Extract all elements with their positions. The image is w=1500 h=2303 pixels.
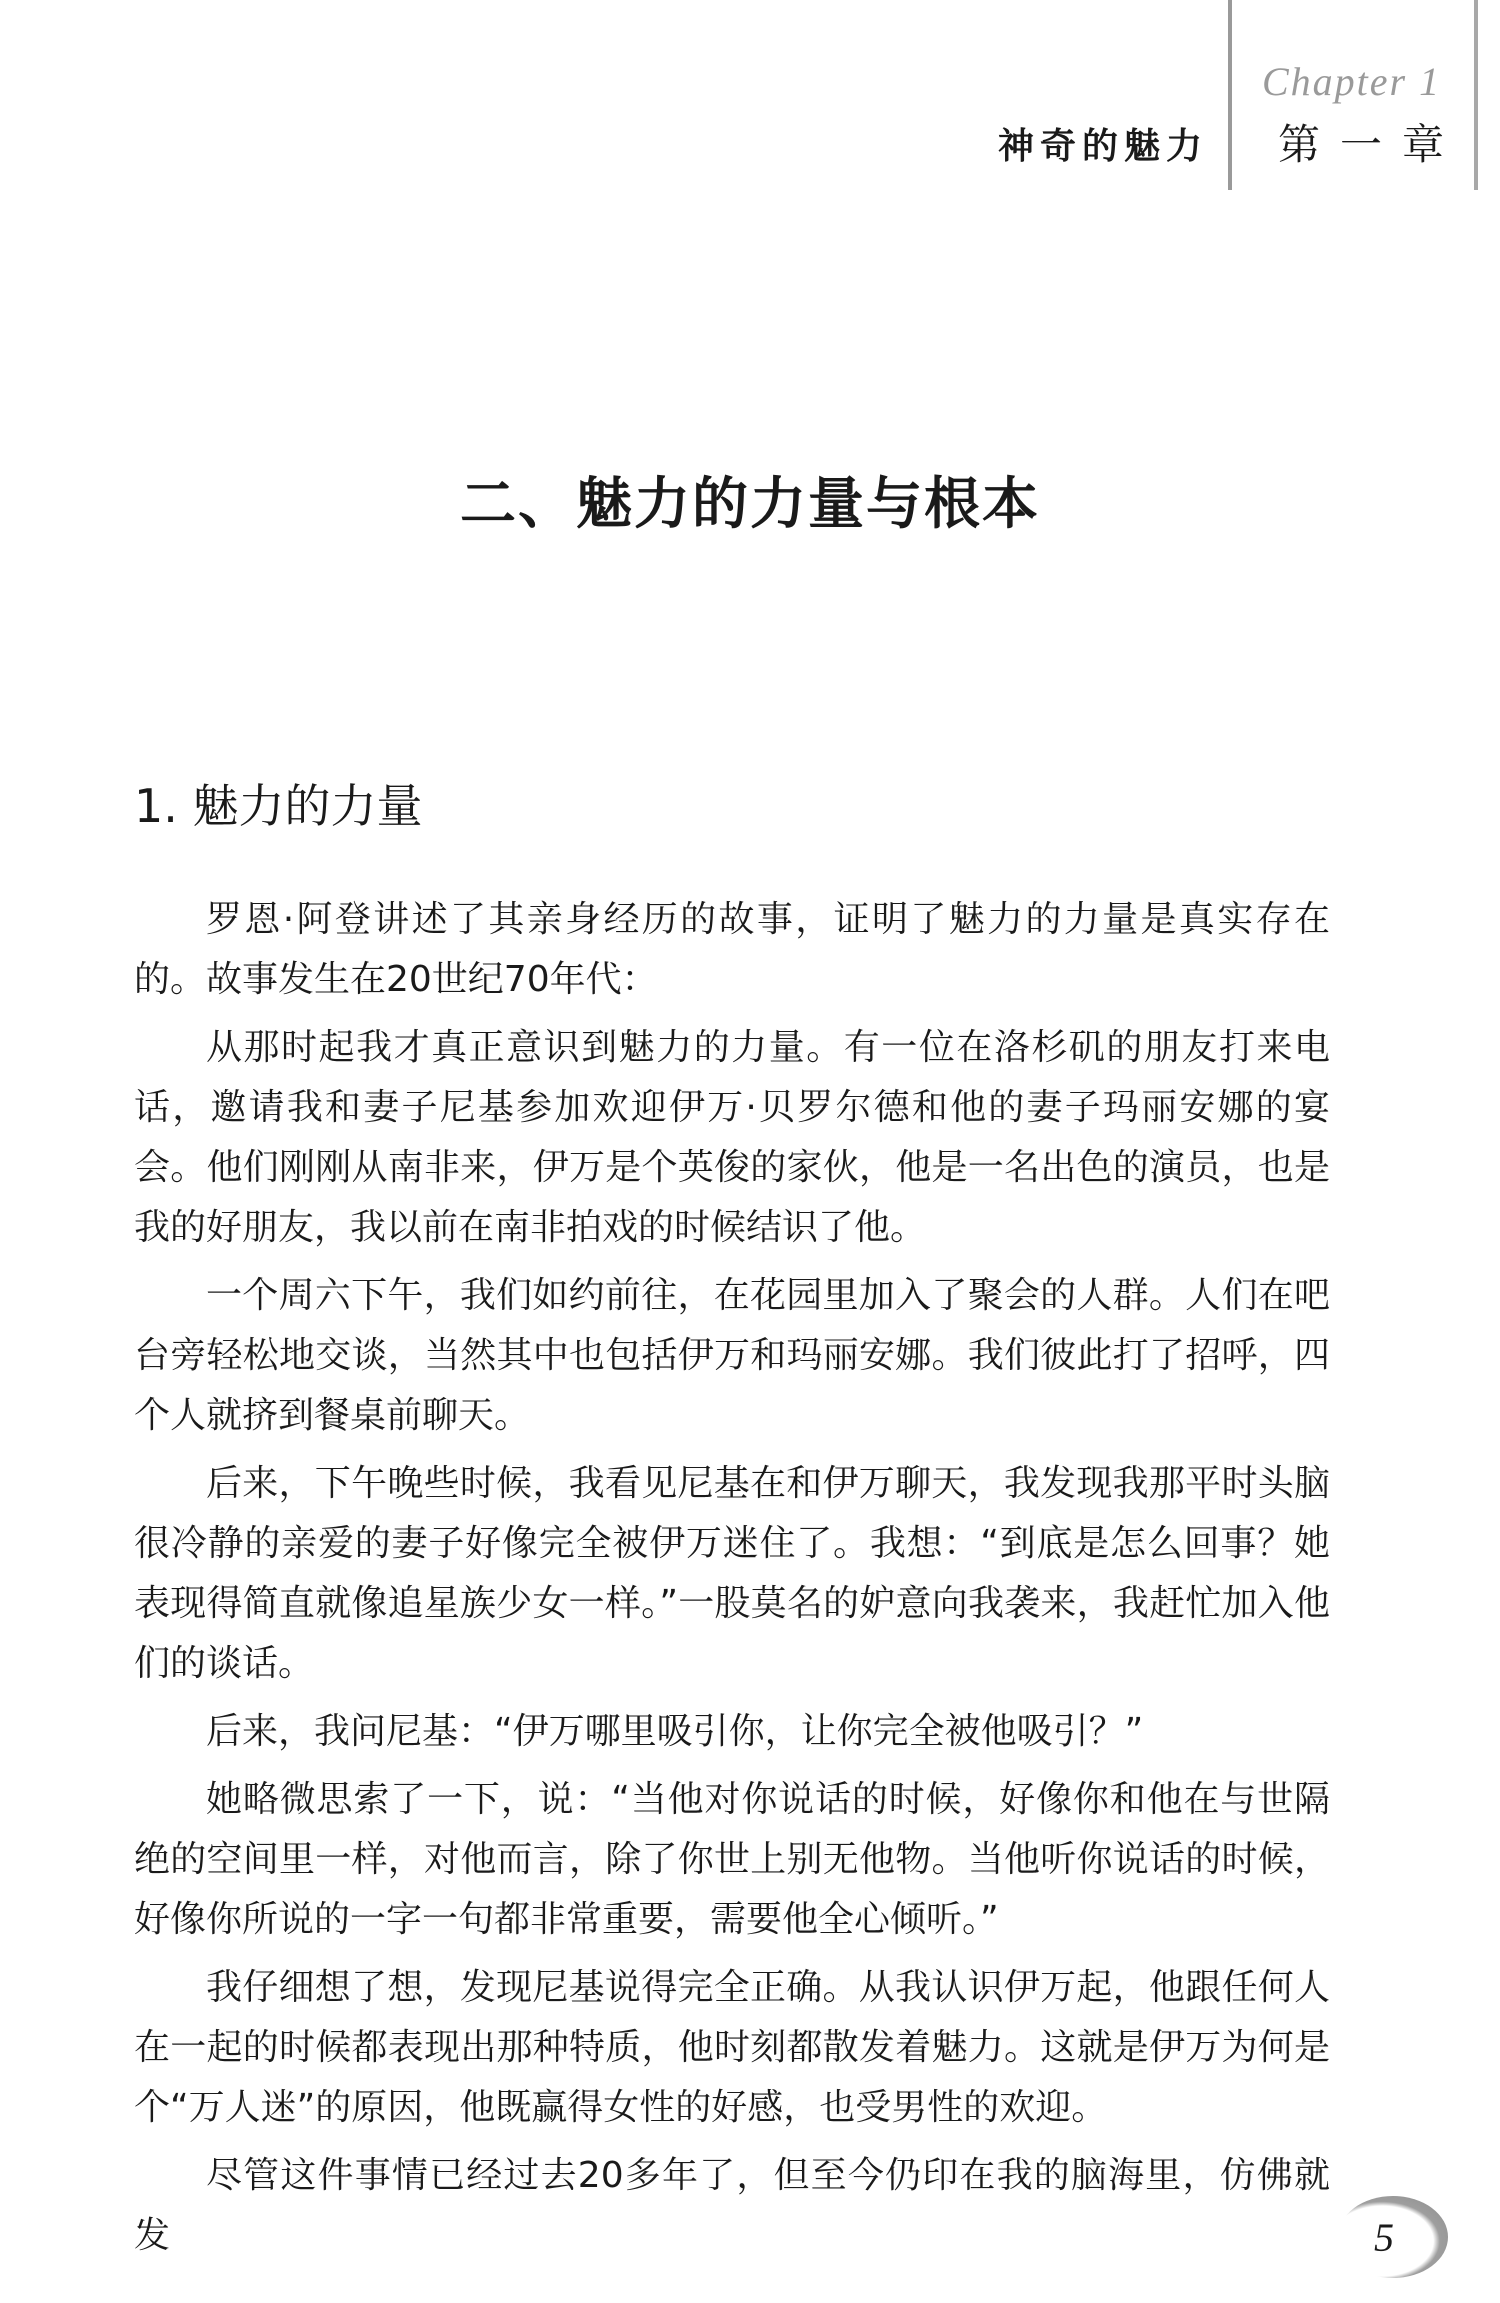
paragraph: 她略微思索了一下，说：“当他对你说话的时候，好像你和他在与世隔绝的空间里一样，对… (134, 1770, 1330, 1950)
page-number-badge: 5 (1338, 2196, 1448, 2278)
paragraph: 尽管这件事情已经过去20多年了，但至今仍印在我的脑海里，仿佛就发 (134, 2146, 1330, 2266)
body-text: 罗恩·阿登讲述了其亲身经历的故事，证明了魅力的力量是真实存在的。故事发生在20世… (134, 890, 1330, 2274)
paragraph: 后来，我问尼基：“伊万哪里吸引你，让你完全被他吸引？” (134, 1702, 1330, 1762)
paragraph: 罗恩·阿登讲述了其亲身经历的故事，证明了魅力的力量是真实存在的。故事发生在20世… (134, 890, 1330, 1010)
page-number: 5 (1374, 2214, 1394, 2261)
paragraph: 后来，下午晚些时候，我看见尼基在和伊万聊天，我发现我那平时头脑很冷静的亲爱的妻子… (134, 1454, 1330, 1694)
section-title: 二、魅力的力量与根本 (0, 460, 1500, 540)
paragraph: 一个周六下午，我们如约前往，在花园里加入了聚会的人群。人们在吧台旁轻松地交谈，当… (134, 1266, 1330, 1446)
header-divider-right (1474, 0, 1478, 190)
chapter-label-en: Chapter 1 (1262, 58, 1441, 105)
header-divider-left (1228, 0, 1232, 190)
chapter-label-cn: 第一章 (1278, 112, 1464, 172)
running-title: 神奇的魅力 (998, 118, 1208, 169)
paragraph: 我仔细想了想，发现尼基说得完全正确。从我认识伊万起，他跟任何人在一起的时候都表现… (134, 1958, 1330, 2138)
subsection-title: 1. 魅力的力量 (134, 770, 423, 836)
paragraph: 从那时起我才真正意识到魅力的力量。有一位在洛杉矶的朋友打来电话，邀请我和妻子尼基… (134, 1018, 1330, 1258)
